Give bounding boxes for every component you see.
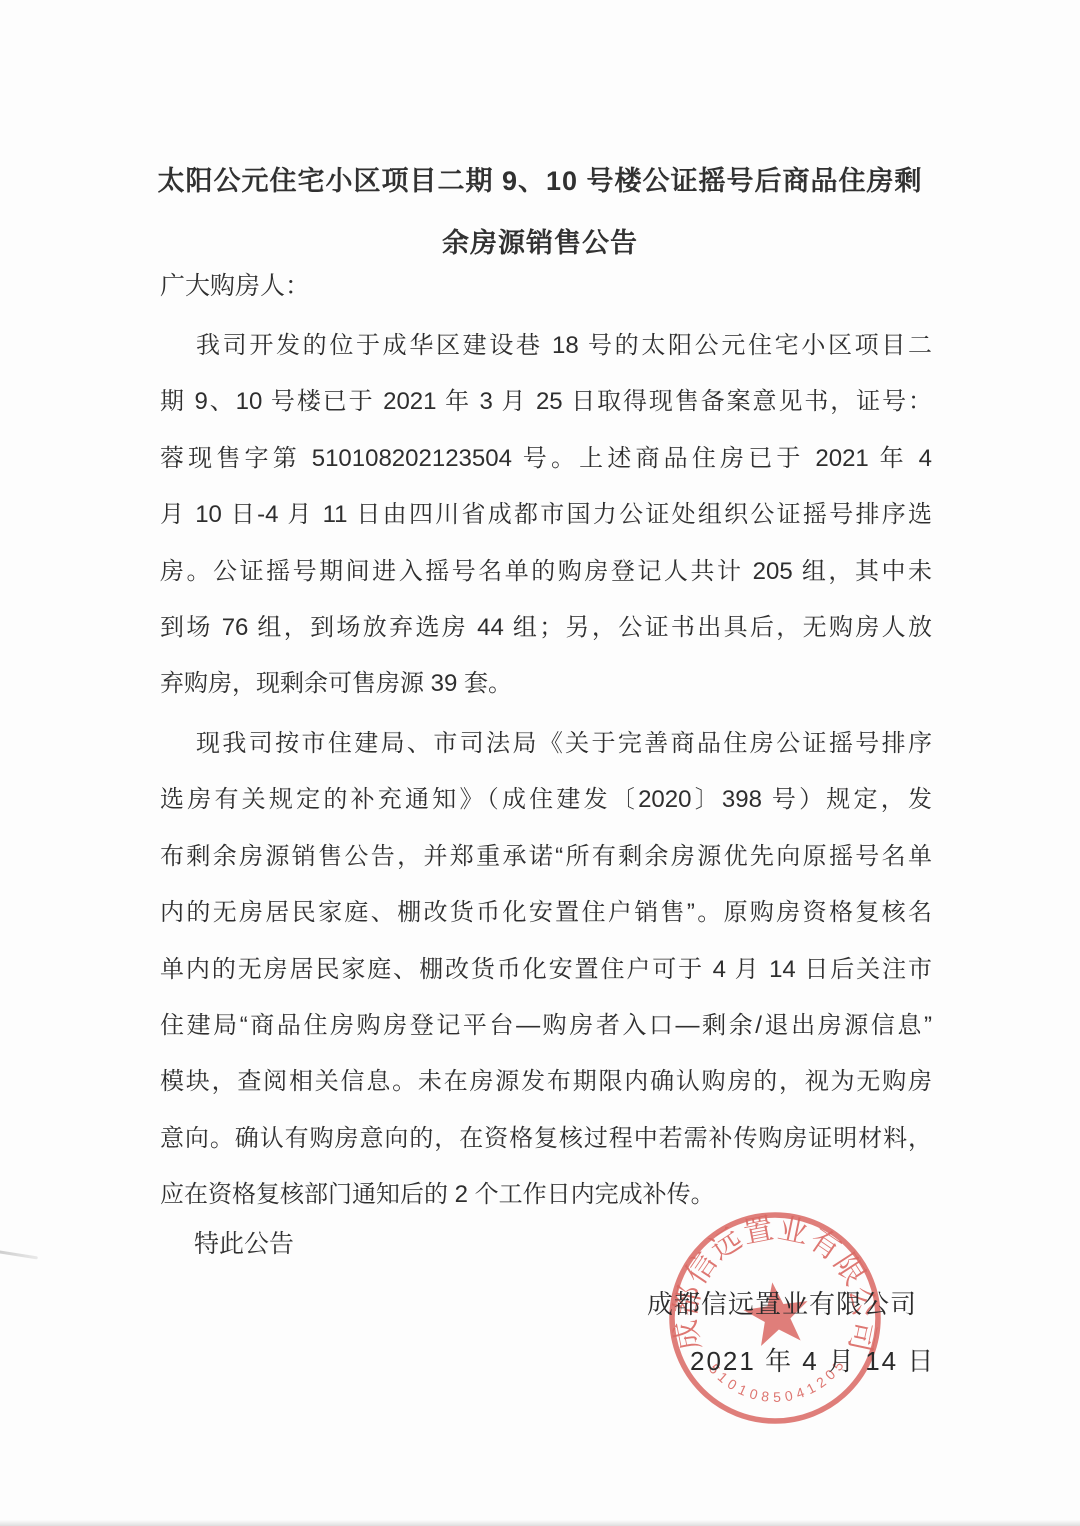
paragraph-2-line: 模块，查阅相关信息。未在房源发布期限内确认购房的，视为无购房 — [160, 1054, 932, 1110]
paragraph-1: 我司开发的位于成华区建设巷 18 号的太阳公元住宅小区项目二 期 9、10 号楼… — [160, 318, 932, 713]
paragraph-2-line: 意向。确认有购房意向的，在资格复核过程中若需补传购房证明材料， — [160, 1111, 932, 1167]
closing-statement: 特此公告 — [194, 1216, 294, 1272]
paragraph-1-line: 我司开发的位于成华区建设巷 18 号的太阳公元住宅小区项目二 — [160, 318, 932, 374]
paragraph-1-line: 期 9、10 号楼已于 2021 年 3 月 25 日取得现售备案意见书，证号： — [160, 374, 932, 430]
paragraph-1-line: 房。公证摇号期间进入摇号名单的购房登记人共计 205 组，其中未 — [160, 544, 932, 600]
paragraph-1-line: 蓉现售字第 510108202123504 号。上述商品住房已于 2021 年 … — [160, 431, 932, 487]
signature-date: 2021 年 4 月 14 日 — [690, 1333, 935, 1389]
paragraph-2: 现我司按市住建局、市司法局《关于完善商品住房公证摇号排序 选房有关规定的补充通知… — [160, 716, 932, 1224]
paragraph-2-line: 内的无房居民家庭、棚改货币化安置住户销售”。原购房资格复核名 — [160, 885, 932, 941]
paragraph-2-line: 布剩余房源销售公告，并郑重承诺“所有剩余房源优先向原摇号名单 — [160, 829, 932, 885]
paragraph-1-line: 弃购房，现剩余可售房源 39 套。 — [160, 656, 932, 712]
document-page: 太阳公元住宅小区项目二期 9、10 号楼公证摇号后商品住房剩 余房源销售公告 广… — [0, 0, 1080, 1526]
announcement-title: 太阳公元住宅小区项目二期 9、10 号楼公证摇号后商品住房剩 余房源销售公告 — [155, 150, 925, 274]
paragraph-1-line: 到场 76 组，到场放弃选房 44 组；另，公证书出具后，无购房人放 — [160, 600, 932, 656]
salutation: 广大购房人： — [160, 258, 310, 314]
scan-artifact-line — [0, 1250, 38, 1260]
paragraph-2-line: 住建局“商品住房购房登记平台—购房者入口—剩余/退出房源信息” — [160, 998, 932, 1054]
scan-bottom-edge — [0, 1520, 1080, 1526]
signature-company: 成都信远置业有限公司 — [647, 1276, 917, 1332]
paragraph-1-line: 月 10 日-4 月 11 日由四川省成都市国力公证处组织公证摇号排序选 — [160, 487, 932, 543]
paragraph-2-line: 现我司按市住建局、市司法局《关于完善商品住房公证摇号排序 — [160, 716, 932, 772]
paragraph-2-line: 单内的无房居民家庭、棚改货币化安置住户可于 4 月 14 日后关注市 — [160, 942, 932, 998]
paragraph-2-line: 选房有关规定的补充通知》（成住建发〔2020〕398 号）规定，发 — [160, 772, 932, 828]
title-line-1: 太阳公元住宅小区项目二期 9、10 号楼公证摇号后商品住房剩 — [155, 150, 925, 212]
